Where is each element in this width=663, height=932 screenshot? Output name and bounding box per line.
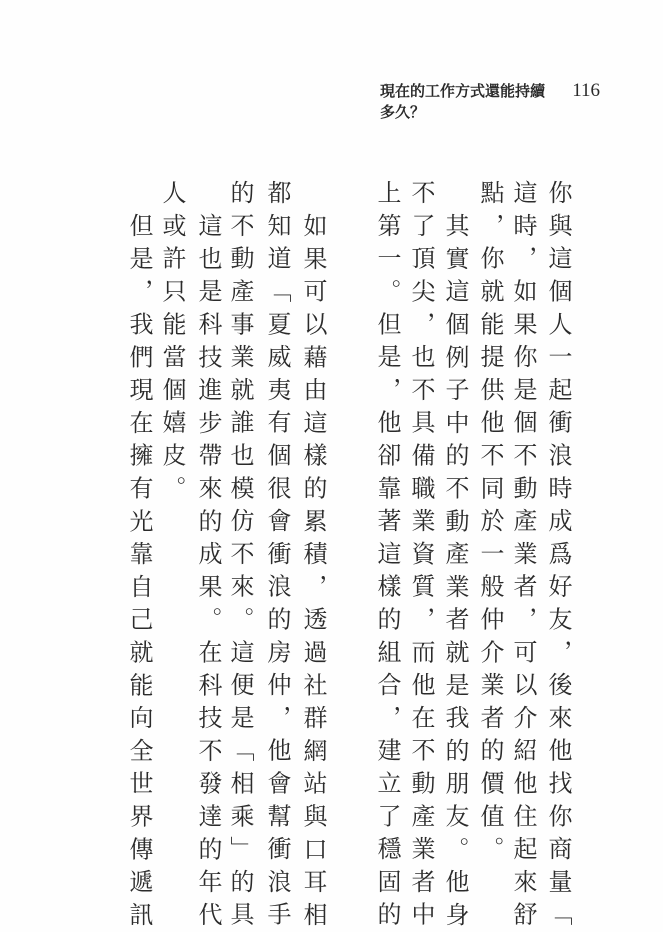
text-column-12: 但是，我們現在擁有光靠自己就能向全世界傳遞訊息的環境。在這個時 (124, 180, 154, 820)
running-header: 現在的工作方式還能持續多久？ 116 (380, 80, 600, 110)
book-page: 現在的工作方式還能持續多久？ 116 你與這個人一起衝浪時成爲好友，後來他找你商… (0, 0, 663, 932)
text-column-7: 如果可以藉由這樣的累積，透過社群網站與口耳相傳拓展知名度，讓大家 (298, 180, 328, 820)
page-number: 116 (572, 80, 600, 102)
text-column-6: 上第一。但是，他卻靠著這樣的組合，建立了穩固的個人品牌與地位。 (372, 180, 402, 820)
text-column-9: 的不動產事業就誰也模仿不來。這便是「相乘」的具體事例。 (225, 180, 255, 820)
text-column-3: 點，你就能提供他不同於一般仲介業者的價值。 (475, 180, 505, 820)
text-column-4: 其實這個例子中的不動產業者就是我的朋友。他身爲一名衝浪手，其實成 (440, 180, 470, 820)
text-column-2: 這時，如果你是個不動產業者，可以介紹他住起來舒服、又能衝浪的私房地 (508, 180, 538, 820)
text-column-11: 人或許只能當個嬉皮。 (157, 180, 187, 820)
chapter-title: 現在的工作方式還能持續多久？ (380, 80, 550, 122)
text-column-8: 都知道「夏威夷有個很會衝浪的房仲，他會幫衝浪手介紹適合的房子」，這樣 (262, 180, 292, 820)
text-column-5: 不了頂尖，也不具備職業資質，而他在不動產業者中規模不算大，當然也稱不 (406, 180, 436, 820)
text-column-10: 這也是科技進步帶來的成果。在科技不發達的年代，整天在夏威夷衝浪的 (193, 180, 223, 820)
text-column-1: 你與這個人一起衝浪時成爲好友，後來他找你商量「我想在夏威夷住下來」。 (543, 180, 573, 820)
